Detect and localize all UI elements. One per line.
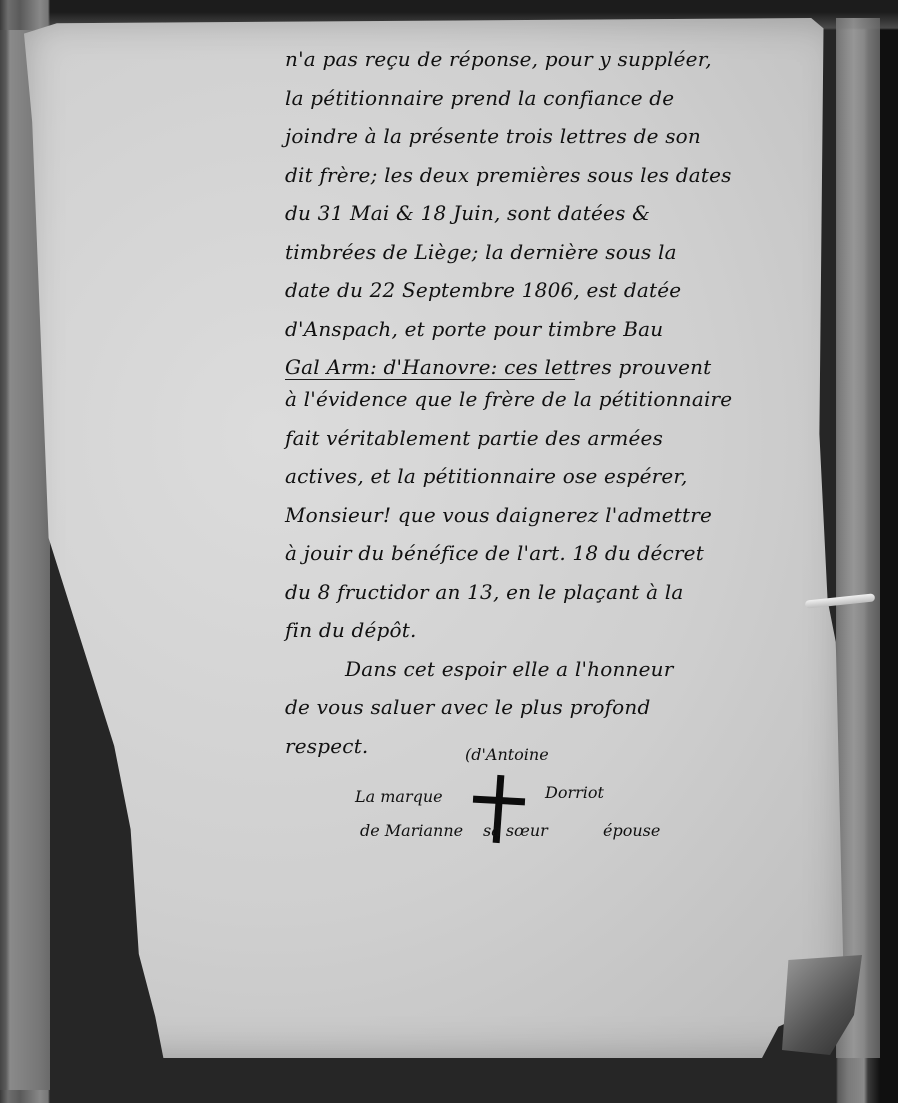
text-line: Monsieur! que vous daignerez l'admettre bbox=[285, 496, 845, 535]
text-line: timbrées de Liège; la dernière sous la bbox=[285, 233, 845, 272]
signature-name: (d'Antoine bbox=[465, 745, 549, 764]
signature-relation: sa sœur bbox=[483, 821, 548, 840]
manuscript-body: n'a pas reçu de réponse, pour y suppléer… bbox=[285, 40, 845, 765]
text-line: la pétitionnaire prend la confiance de bbox=[285, 79, 845, 118]
signature-surname: Dorriot bbox=[545, 783, 604, 802]
text-line: joindre à la présente trois lettres de s… bbox=[285, 117, 845, 156]
text-line: actives, et la pétitionnaire ose espérer… bbox=[285, 457, 845, 496]
closing-line: de vous saluer avec le plus profond bbox=[285, 688, 845, 727]
text-line: n'a pas reçu de réponse, pour y suppléer… bbox=[285, 40, 845, 79]
text-line: fin du dépôt. bbox=[285, 611, 845, 650]
text-line: à jouir du bénéfice de l'art. 18 du décr… bbox=[285, 534, 845, 573]
closing-line: Dans cet espoir elle a l'honneur bbox=[285, 650, 845, 689]
text-line: d'Anspach, et porte pour timbre Bau bbox=[285, 310, 845, 349]
signature-signer: de Marianne bbox=[360, 821, 463, 840]
text-line: du 31 Mai & 18 Juin, sont datées & bbox=[285, 194, 845, 233]
text-line: à l'évidence que le frère de la pétition… bbox=[285, 380, 845, 419]
text-line: du 8 fructidor an 13, en le plaçant à la bbox=[285, 573, 845, 612]
signature-status: épouse bbox=[603, 821, 660, 840]
signature-block: (d'Antoine La marque de Marianne Dorriot… bbox=[355, 745, 715, 855]
text-line: date du 22 Septembre 1806, est datée bbox=[285, 271, 845, 310]
signature-mark-label: La marque bbox=[355, 787, 443, 806]
text-line: dit frère; les deux premières sous les d… bbox=[285, 156, 845, 195]
text-line: fait véritablement partie des armées bbox=[285, 419, 845, 458]
